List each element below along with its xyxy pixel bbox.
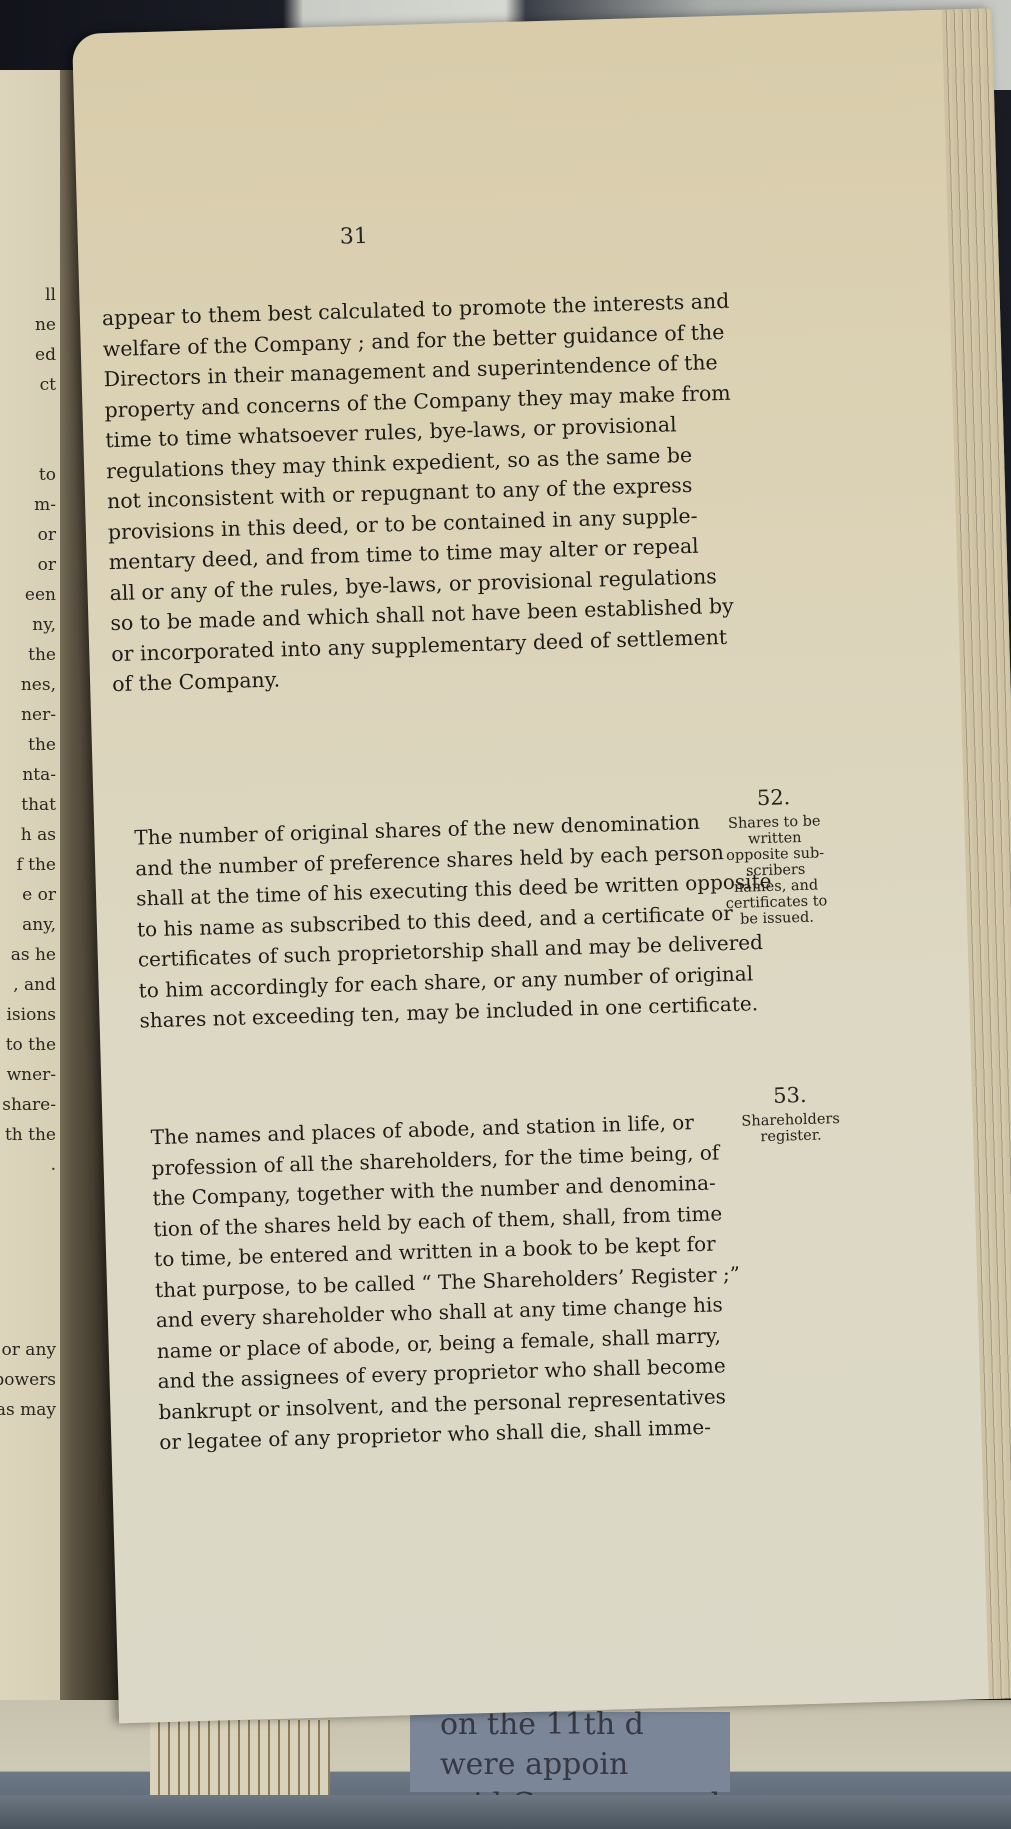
fragment: any, — [2, 910, 56, 940]
fragment: f the — [2, 850, 56, 880]
fragment: een — [2, 580, 56, 610]
fragment: isions — [2, 1000, 56, 1030]
continued-paragraph: appear to them best calculated to promot… — [102, 286, 740, 700]
fragment: ner- — [2, 700, 56, 730]
note-line: Shareholders — [730, 1111, 850, 1130]
note-line: certificates to — [716, 893, 836, 912]
note-line: register. — [731, 1127, 851, 1146]
fragment: nta- — [2, 760, 56, 790]
fragment: share- — [2, 1090, 56, 1120]
note-line: opposite sub- — [715, 845, 835, 864]
left-fragments-upper: ll ne ed ct — [35, 280, 56, 400]
fragment: m- — [2, 490, 56, 520]
fragment: ll — [35, 280, 56, 310]
fragment: powers — [0, 1365, 56, 1395]
page-edges — [942, 8, 1011, 1699]
note-line: Shares to be — [714, 813, 834, 832]
fragment: wner- — [2, 1060, 56, 1090]
fragment: nes, — [2, 670, 56, 700]
section-number: 53. — [730, 1081, 851, 1110]
left-fragments-middle: to m- or or een ny, the nes, ner- the nt… — [2, 460, 56, 1180]
section-52-margin-note: 52. Shares to be written opposite sub- s… — [713, 783, 837, 928]
fragment: to — [2, 460, 56, 490]
main-page: 31 appear to them best calculated to pro… — [72, 8, 1011, 1723]
fragment: were appoin — [440, 1745, 720, 1785]
paper-stack — [150, 1720, 330, 1795]
note-line: be issued. — [717, 909, 837, 928]
fragment: or any — [0, 1335, 56, 1365]
fragment: as may — [0, 1395, 56, 1425]
fragment: ct — [35, 370, 56, 400]
left-fragments-lower: or any powers as may — [0, 1335, 56, 1425]
fragment: ny, — [2, 610, 56, 640]
fragment: as he — [2, 940, 56, 970]
fragment: or — [2, 520, 56, 550]
fragment: h as — [2, 820, 56, 850]
section-number: 52. — [713, 783, 834, 812]
fragment: to the — [2, 1030, 56, 1060]
section-53-margin-note: 53. Shareholders register. — [730, 1081, 852, 1146]
fragment: th the — [2, 1120, 56, 1150]
left-page-text-area: ll ne ed ct to m- or or een ny, the nes,… — [0, 70, 60, 1770]
fragment: that — [2, 790, 56, 820]
fragment: , and — [2, 970, 56, 1000]
fragment: ed — [35, 340, 56, 370]
section-53-text: The names and places of abode, and stati… — [150, 1106, 744, 1458]
fragment: or — [2, 550, 56, 580]
page-number: 31 — [339, 224, 368, 250]
fragment: the — [2, 640, 56, 670]
fragment: . — [2, 1150, 56, 1180]
fragment: the — [2, 730, 56, 760]
fragment: e or — [2, 880, 56, 910]
glass-surface — [0, 1795, 1011, 1829]
section-52-text: The number of original shares of the new… — [134, 805, 775, 1036]
fragment: ne — [35, 310, 56, 340]
